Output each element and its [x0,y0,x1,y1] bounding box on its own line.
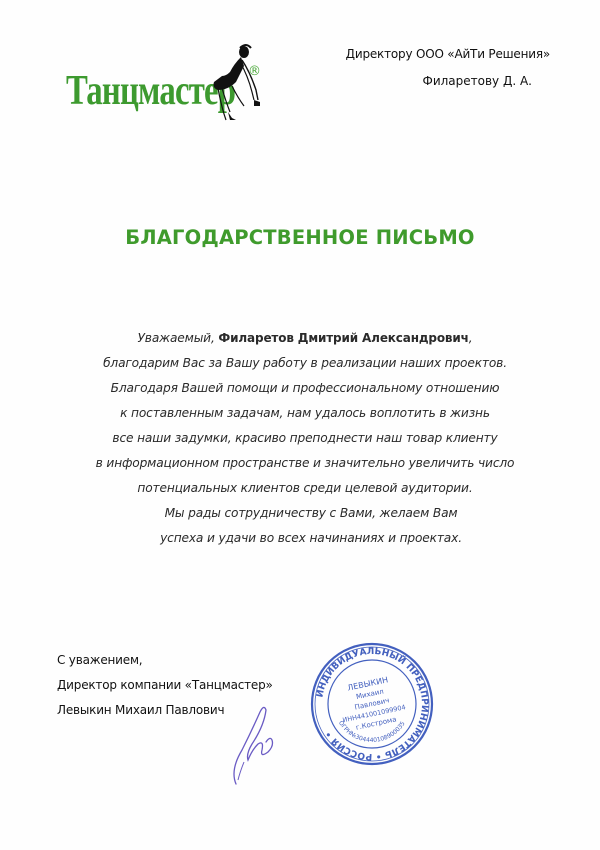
handwritten-signature-icon [222,700,282,790]
document-title: БЛАГОДАРСТВЕННОЕ ПИСЬМО [0,226,600,249]
body-line: Благодаря Вашей помощи и профессионально… [60,376,550,401]
registered-mark-icon: ® [248,64,261,79]
salutation-prefix: Уважаемый, [138,331,219,345]
dancer-silhouette-icon [210,42,268,122]
letter-page: Танцмастер ® Директору ООО «АйТи Решения… [0,0,600,850]
closing-line: успеха и удачи во всех начинаниях и прое… [60,526,550,551]
signer-position: Директор компании «Танцмастер» [57,673,273,698]
body-line: все наши задумки, красиво преподнести на… [60,426,550,451]
closing-line: Мы рады сотрудничеству с Вами, желаем Ва… [60,501,550,526]
letter-body: Уважаемый, Филаретов Дмитрий Александров… [60,326,550,551]
company-stamp: ИНДИВИДУАЛЬНЫЙ ПРЕДПРИНИМАТЕЛЬ • РОССИЯ … [308,640,436,768]
regards-text: С уважением, [57,648,273,673]
body-line: благодарим Вас за Вашу работу в реализац… [60,351,550,376]
recipient-name: Филаретов Дмитрий Александрович [218,331,468,345]
salutation-suffix: , [469,331,473,345]
body-line: к поставленным задачам, нам удалось вопл… [60,401,550,426]
addressee-name: Филаретову Д. А. [346,74,532,88]
salutation: Уважаемый, Филаретов Дмитрий Александров… [60,326,550,351]
addressee-position: Директору ООО «АйТи Решения» [346,47,550,61]
addressee-block: Директору ООО «АйТи Решения» Филаретову … [346,47,550,88]
body-line: в информационном пространстве и значител… [60,451,550,476]
company-logo: Танцмастер ® [62,40,272,125]
body-line: потенциальных клиентов среди целевой ауд… [60,476,550,501]
